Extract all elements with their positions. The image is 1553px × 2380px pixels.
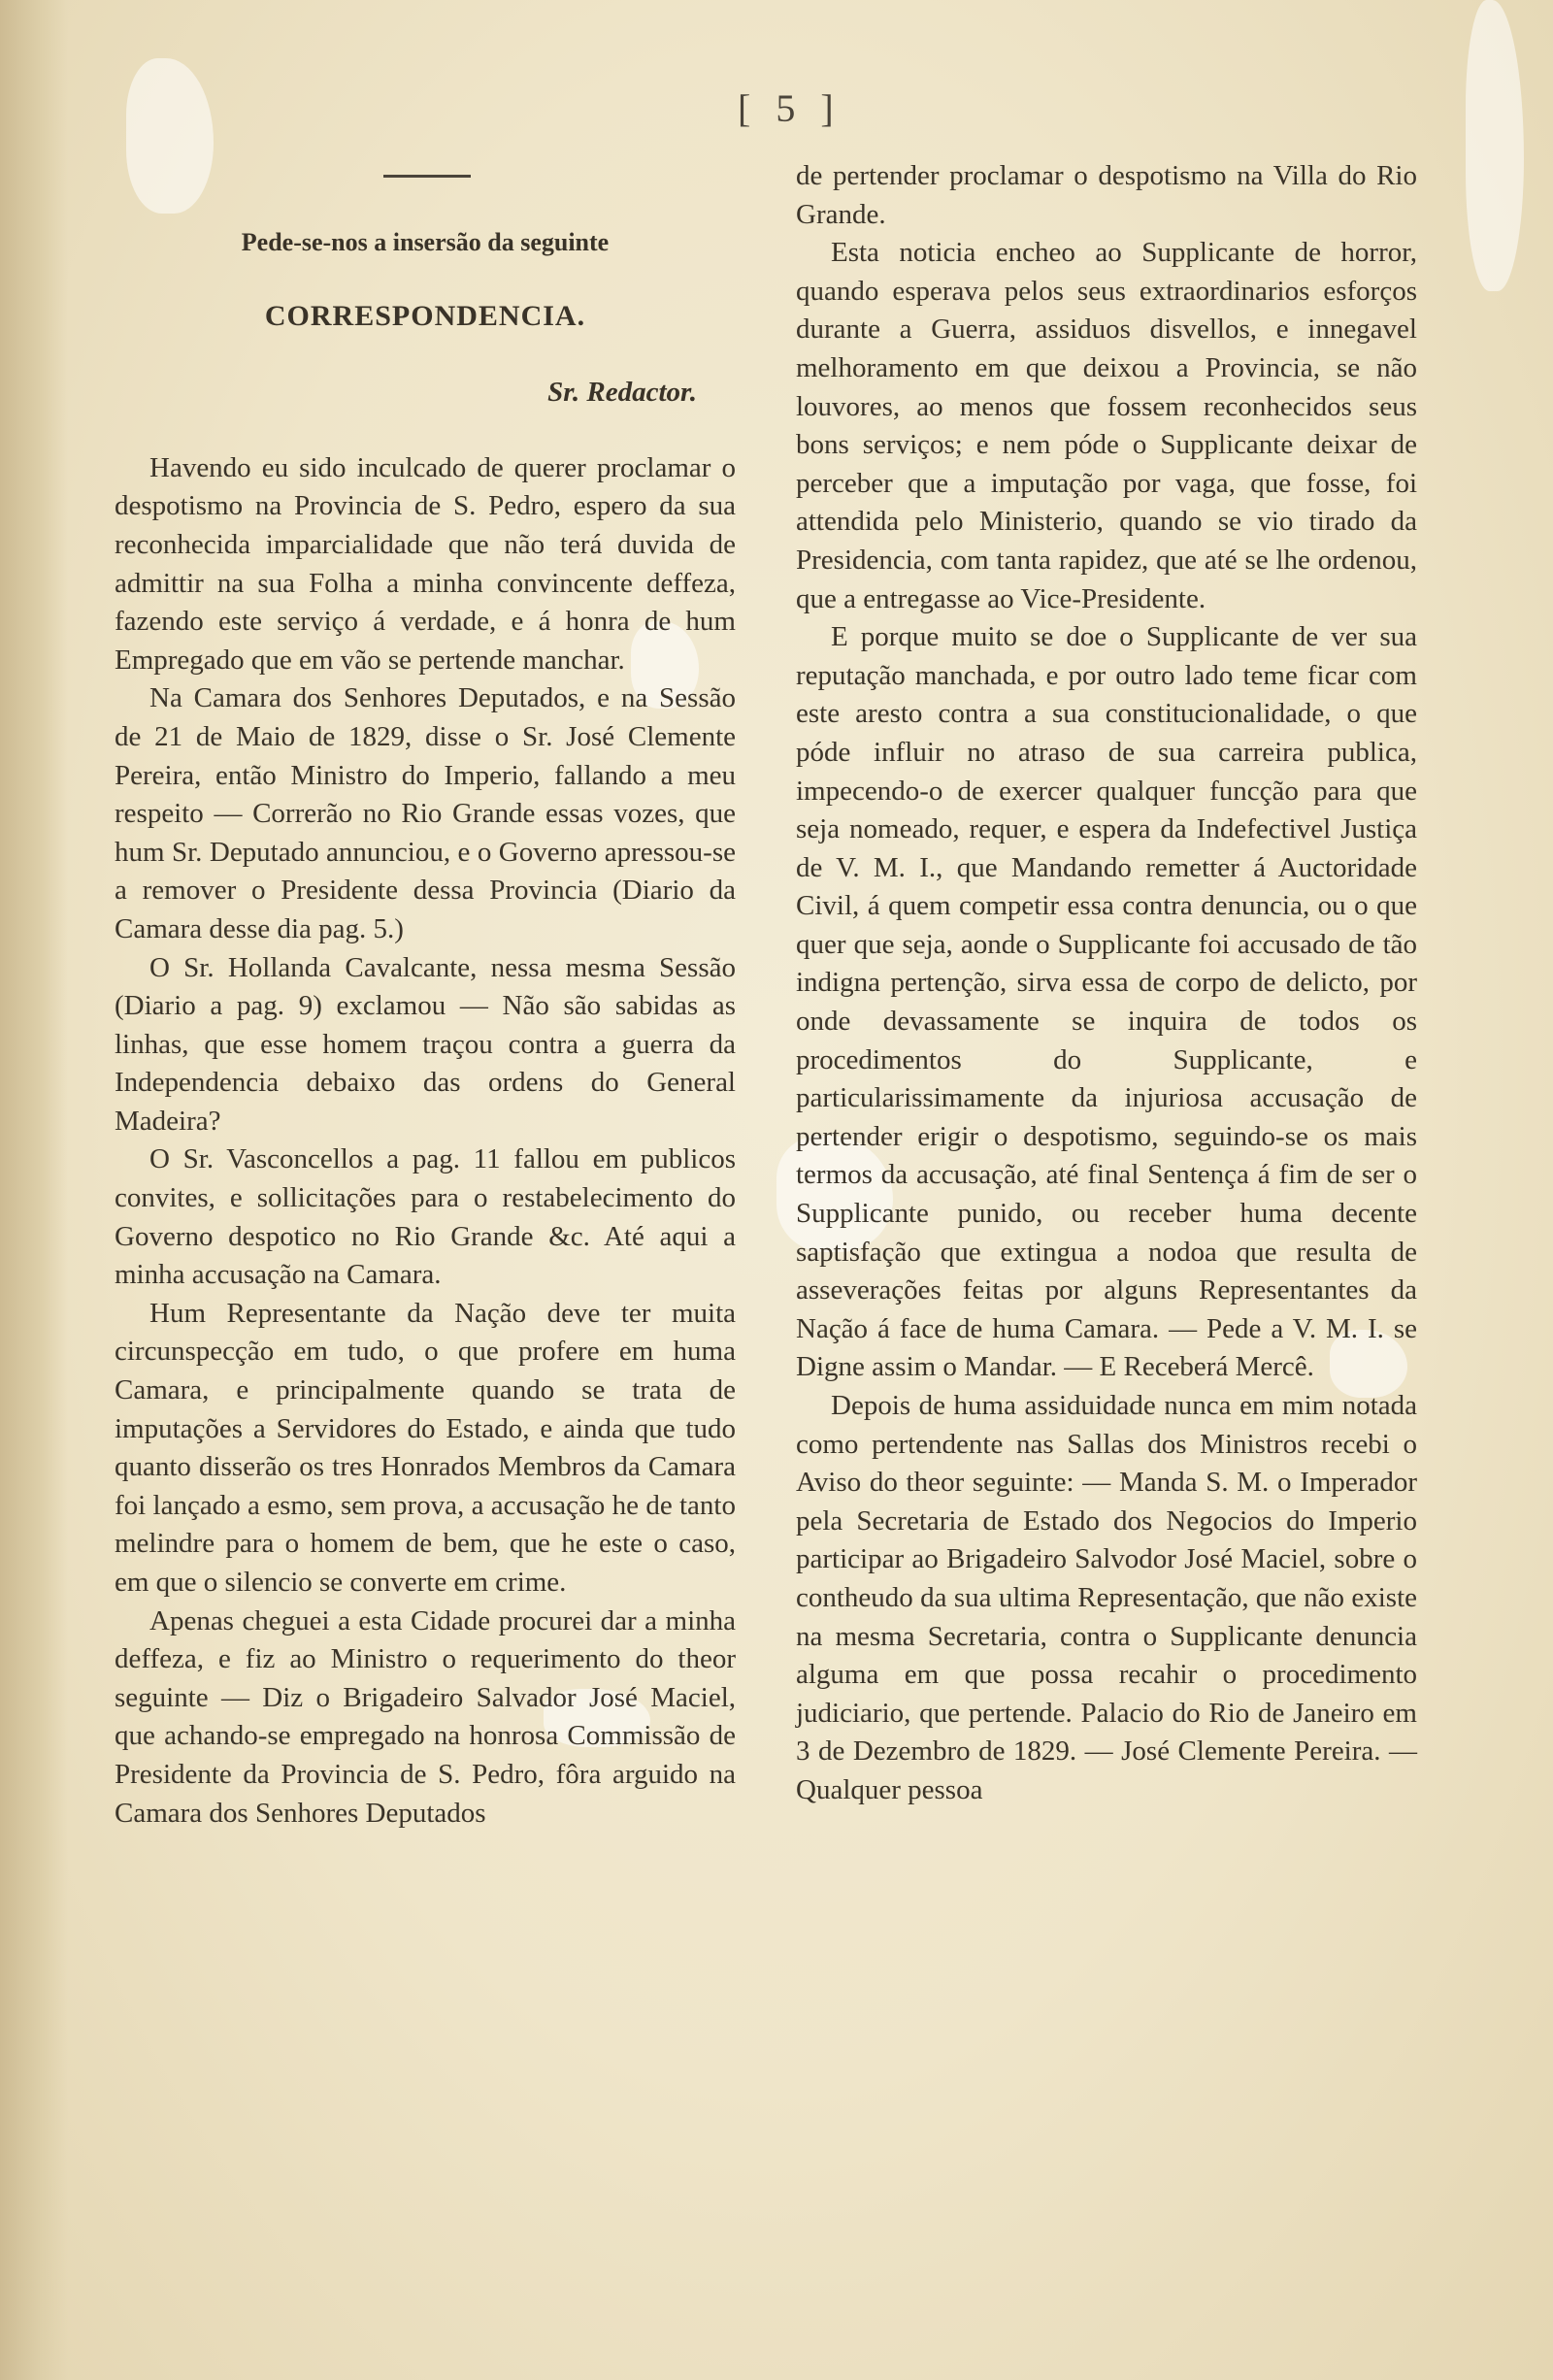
paragraph: Hum Representante da Nação deve ter muit… xyxy=(115,1295,736,1603)
article-intro: Pede-se-nos a insersão da seguinte xyxy=(115,223,736,262)
paragraph: Apenas cheguei a esta Cidade procurei da… xyxy=(115,1603,736,1834)
paragraph: Na Camara dos Senhores Deputados, e na S… xyxy=(115,679,736,948)
page-number: [ 5 ] xyxy=(738,85,842,131)
left-column: Pede-se-nos a insersão da seguinte CORRE… xyxy=(115,223,736,1833)
article-heading: CORRESPONDENCIA. xyxy=(115,297,736,336)
paragraph: E porque muito se doe o Supplicante de v… xyxy=(796,618,1417,1387)
binding-edge xyxy=(0,0,68,2380)
paragraph: Depois de huma assiduidade nunca em mim … xyxy=(796,1387,1417,1810)
paragraph: Esta noticia encheo ao Supplicante de ho… xyxy=(796,234,1417,618)
paragraph: Havendo eu sido inculcado de querer proc… xyxy=(115,449,736,680)
section-rule xyxy=(383,175,471,178)
paragraph-continuation: de pertender proclamar o despotismo na V… xyxy=(796,157,1417,234)
paragraph: O Sr. Vasconcellos a pag. 11 fallou em p… xyxy=(115,1140,736,1294)
paragraph: O Sr. Hollanda Cavalcante, nessa mesma S… xyxy=(115,949,736,1141)
right-column: de pertender proclamar o despotismo na V… xyxy=(796,157,1417,1810)
salutation: Sr. Redactor. xyxy=(115,374,736,413)
